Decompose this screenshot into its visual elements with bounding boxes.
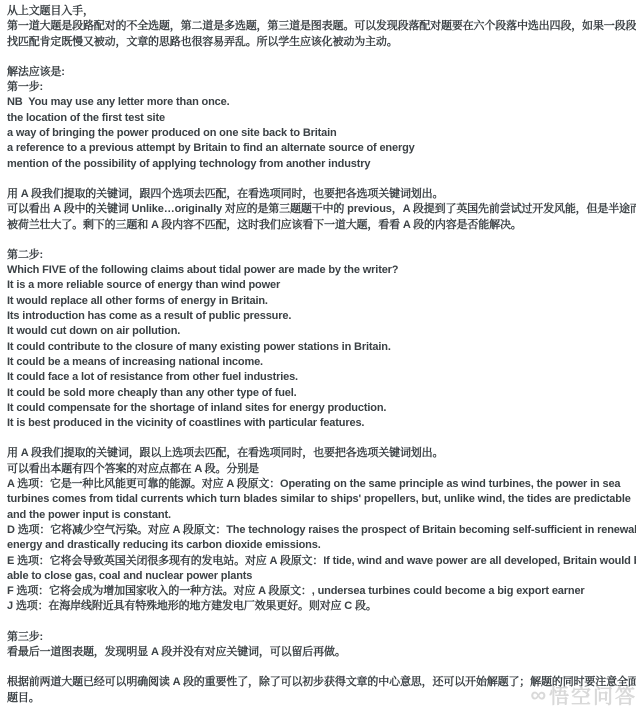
text-line: 用 A 段我们提取的关键词，跟以上选项去匹配，在看选项同时，也要把各选项关键词划… [7, 446, 636, 461]
text-line: able to close gas, coal and nuclear powe… [7, 569, 636, 584]
paragraph-step2-analysis: 用 A 段我们提取的关键词，跟以上选项去匹配，在看选项同时，也要把各选项关键词划… [7, 446, 636, 614]
text-line: It could be a means of increasing nation… [7, 355, 636, 370]
text-line: D 选项：它将减少空气污染。对应 A 段原文：The technology ra… [7, 523, 636, 538]
text-line: energy and drastically reducing its carb… [7, 538, 636, 553]
text-line: Its introduction has come as a result of… [7, 309, 636, 324]
text-line: 第二步: [7, 248, 636, 263]
text-line: It could contribute to the closure of ma… [7, 340, 636, 355]
paragraph-step1-analysis: 用 A 段我们提取的关键词，跟四个选项去匹配，在看选项同时，也要把各选项关键词划… [7, 187, 636, 233]
text-line: E 选项：它将会导致英国关闭很多现有的发电站。对应 A 段原文：If tide,… [7, 554, 636, 569]
text-line: 可以看出 A 段中的关键词 Unlike…originally 对应的是第三题题… [7, 202, 636, 217]
text-line: It would cut down on air pollution. [7, 324, 636, 339]
paragraph-intro: 从上文题目入手，第一道大题是段路配对的不全选题，第二道是多选题，第三道是图表题。… [7, 4, 636, 50]
text-line: a way of bringing the power produced on … [7, 126, 636, 141]
text-line: 从上文题目入手， [7, 4, 636, 19]
text-line: the location of the first test site [7, 111, 636, 126]
text-line: 第三步: [7, 630, 636, 645]
text-line: It could be sold more cheaply than any o… [7, 386, 636, 401]
text-line: 第一步: [7, 80, 636, 95]
text-line: 根据前两道大题已经可以明确阅读 A 段的重要性了，除了可以初步获得文章的中心意思… [7, 675, 636, 690]
text-line: A 选项：它是一种比风能更可靠的能源。对应 A 段原文：Operating on… [7, 477, 636, 492]
text-line: mention of the possibility of applying t… [7, 157, 636, 172]
text-line: 第一道大题是段路配对的不全选题，第二道是多选题，第三道是图表题。可以发现段落配对… [7, 19, 636, 34]
text-line: and the power input is constant. [7, 508, 636, 523]
paragraph-step1: 解法应该是:第一步:NB You may use any letter more… [7, 65, 636, 172]
text-line: 解法应该是: [7, 65, 636, 80]
text-line: Which FIVE of the following claims about… [7, 263, 636, 278]
text-line: J 选项：在海岸线附近具有特殊地形的地方建发电厂效果更好。则对应 C 段。 [7, 599, 636, 614]
text-line: It is best produced in the vicinity of c… [7, 416, 636, 431]
paragraph-step2: 第二步:Which FIVE of the following claims a… [7, 248, 636, 432]
document-body: 从上文题目入手，第一道大题是段路配对的不全选题，第二道是多选题，第三道是图表题。… [0, 0, 640, 706]
text-line: F 选项：它将会成为增加国家收入的一种方法。对应 A 段原文：, underse… [7, 584, 636, 599]
text-line: It could compensate for the shortage of … [7, 401, 636, 416]
text-line: It is a more reliable source of energy t… [7, 278, 636, 293]
text-line: It would replace all other forms of ener… [7, 294, 636, 309]
text-line: 题目。 [7, 691, 636, 706]
text-line: NB You may use any letter more than once… [7, 95, 636, 110]
text-line: 可以看出本题有四个答案的对应点都在 A 段。分别是 [7, 462, 636, 477]
text-line: 看最后一道图表题，发现明显 A 段并没有对应关键词，可以留后再做。 [7, 645, 636, 660]
text-line: 找匹配肯定既慢又被动，文章的思路也很容易弄乱。所以学生应该化被动为主动。 [7, 35, 636, 50]
text-line: a reference to a previous attempt by Bri… [7, 141, 636, 156]
text-line: It could face a lot of resistance from o… [7, 370, 636, 385]
paragraph-conclusion: 根据前两道大题已经可以明确阅读 A 段的重要性了，除了可以初步获得文章的中心意思… [7, 675, 636, 706]
paragraph-step3: 第三步:看最后一道图表题，发现明显 A 段并没有对应关键词，可以留后再做。 [7, 630, 636, 661]
text-line: 用 A 段我们提取的关键词，跟四个选项去匹配，在看选项同时，也要把各选项关键词划… [7, 187, 636, 202]
text-line: 被荷兰壮大了。剩下的三题和 A 段内容不匹配，这时我们应该看下一道大题，看看 A… [7, 218, 636, 233]
text-line: turbines comes from tidal currents which… [7, 492, 636, 507]
